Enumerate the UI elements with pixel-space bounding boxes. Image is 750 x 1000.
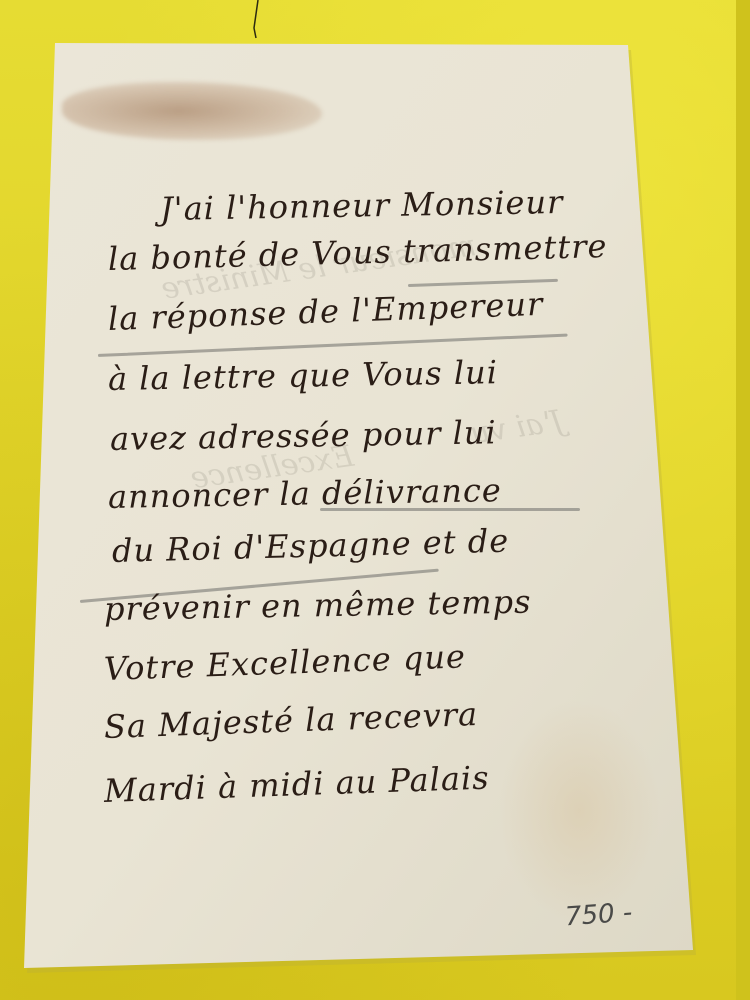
letter-line: Sa Majesté la recevra	[103, 695, 478, 746]
letter-line: Mardi à midi au Palais	[103, 759, 490, 810]
letter-line: J'ai l'honneur Monsieur	[160, 183, 564, 228]
letter-line: prévenir en même temps	[104, 583, 532, 628]
letter-line: Votre Excellence que	[103, 637, 466, 688]
letter-line: la bonté de Vous transmettre	[108, 227, 608, 278]
letter-line: la réponse de l'Empereur	[107, 285, 544, 338]
letter-line: avez adressée pour lui	[110, 413, 497, 458]
letter-line: du Roi d'Espagne et de	[112, 522, 510, 570]
letter-line: annoncer la délivrance	[108, 471, 502, 516]
letter-line: à la lettre que Vous lui	[108, 353, 499, 398]
pencil-price-annotation: 750 -	[564, 898, 633, 933]
handwritten-letter: J'ai l'honneur Monsieur la bonté de Vous…	[0, 0, 750, 1000]
